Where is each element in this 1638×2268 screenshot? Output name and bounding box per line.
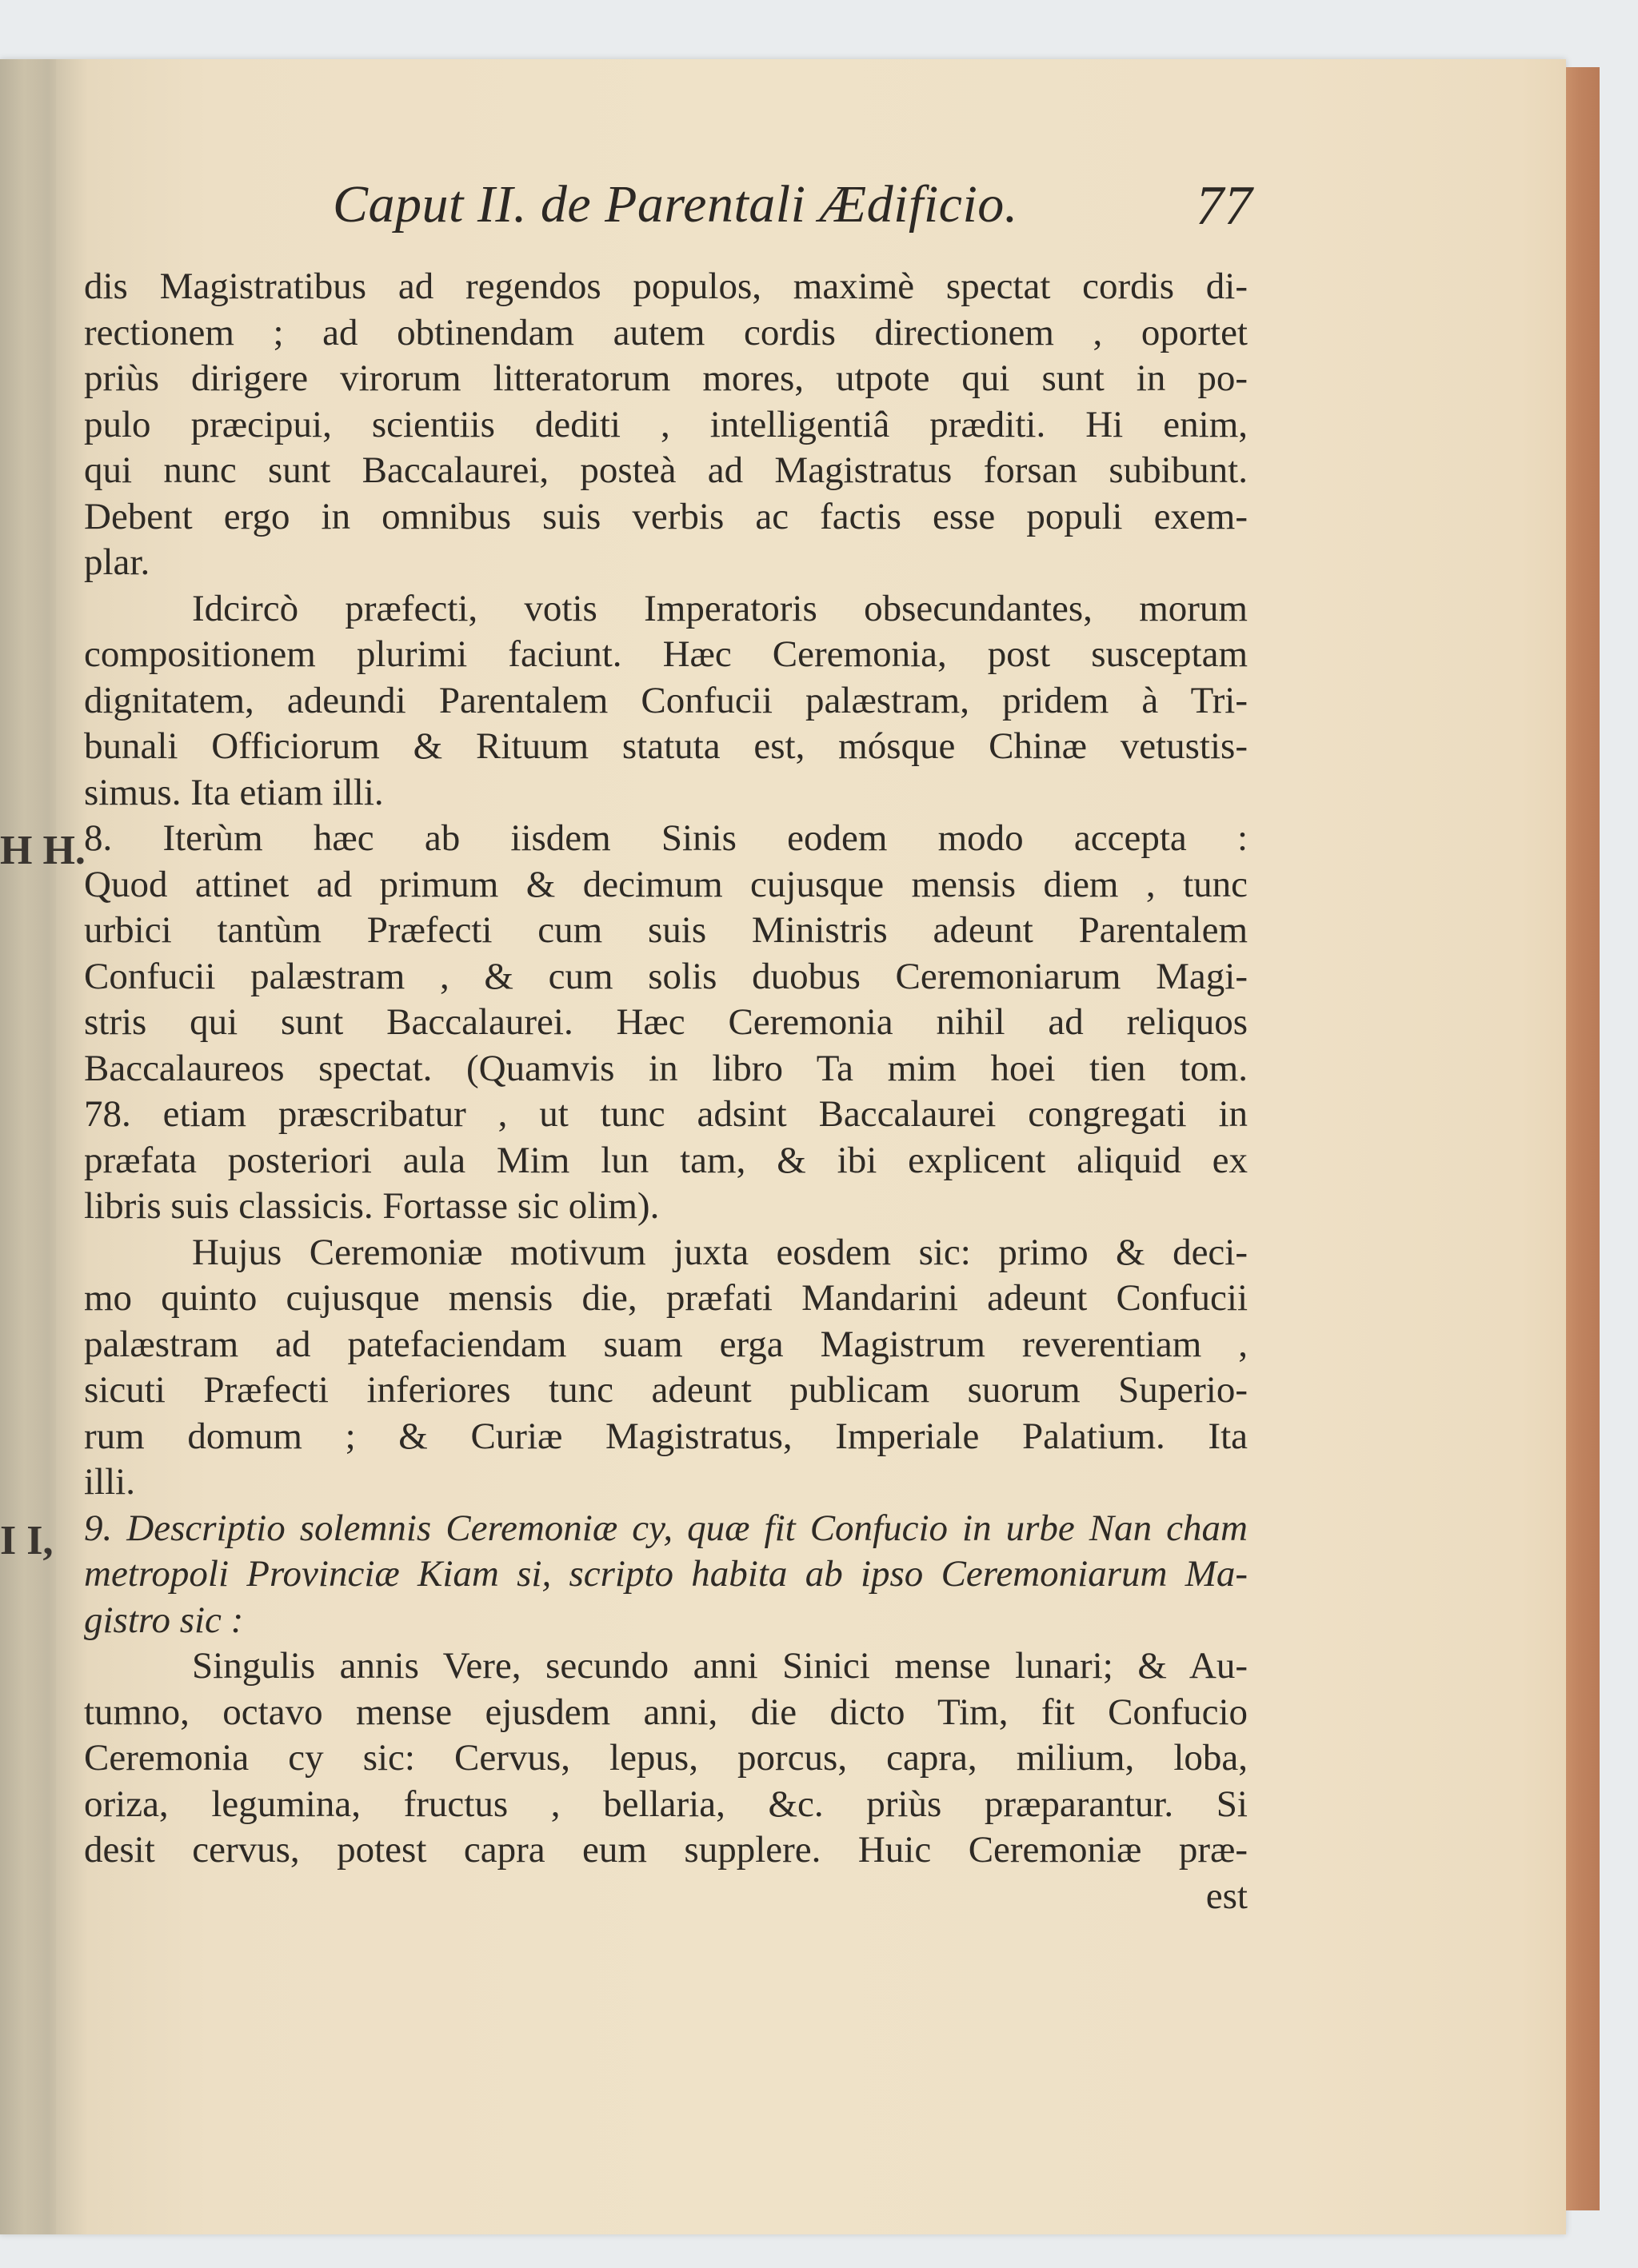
- text-line: Hujus Ceremoniæ motivum juxta eosdem sic…: [84, 1230, 1248, 1276]
- text-line: Ceremonia cy sic: Cervus, lepus, porcus,…: [84, 1735, 1248, 1782]
- text-line: simus. Ita etiam illi.: [84, 770, 1248, 817]
- text-line: urbici tantùm Præfecti cum suis Ministri…: [84, 908, 1248, 954]
- text-line: 78. etiam præscribatur , ut tunc adsint …: [84, 1092, 1248, 1138]
- running-header: Caput II. de Parentali Ædificio. 77: [333, 174, 1252, 235]
- text-line: Idcircò præfecti, votis Imperatoris obse…: [84, 586, 1248, 633]
- margin-mark-i: I I,: [0, 1517, 53, 1564]
- text-line: dis Magistratibus ad regendos populos, m…: [84, 264, 1248, 310]
- text-line: qui nunc sunt Baccalaurei, posteà ad Mag…: [84, 448, 1248, 494]
- text-line: stris qui sunt Baccalaurei. Hæc Ceremoni…: [84, 1000, 1248, 1046]
- text-line: Baccalaureos spectat. (Quamvis in libro …: [84, 1046, 1248, 1092]
- text-line: sicuti Præfecti inferiores tunc adeunt p…: [84, 1368, 1248, 1414]
- text-line: tumno, octavo mense ejusdem anni, die di…: [84, 1690, 1248, 1736]
- text-line: præfata posteriori aula Mim lun tam, & i…: [84, 1138, 1248, 1184]
- text-line: Singulis annis Vere, secundo anni Sinici…: [84, 1643, 1248, 1690]
- gutter-shadow: [0, 59, 56, 2234]
- running-title: Caput II. de Parentali Ædificio.: [333, 175, 1018, 234]
- text-line: bunali Officiorum & Rituum statuta est, …: [84, 724, 1248, 770]
- text-line: illi.: [84, 1459, 1248, 1506]
- text-line: mo quinto cujusque mensis die, præfati M…: [84, 1276, 1248, 1322]
- section-9-heading: metropoli Provinciæ Kiam si, scripto hab…: [84, 1551, 1248, 1598]
- margin-mark-h: H H.: [0, 827, 86, 874]
- text-line: Debent ergo in omnibus suis verbis ac fa…: [84, 494, 1248, 541]
- text-line: Confucii palæstram , & cum solis duobus …: [84, 954, 1248, 1000]
- page-fore-edge: [1566, 67, 1600, 2210]
- section-9-heading: 9. Descriptio solemnis Ceremoniæ cy, quæ…: [84, 1506, 1248, 1552]
- page-number: 77: [1196, 174, 1252, 238]
- text-line: dignitatem, adeundi Parentalem Confucii …: [84, 678, 1248, 725]
- catchword: est: [84, 1874, 1248, 1920]
- section-8-start: 8. Iterùm hæc ab iisdem Sinis eodem modo…: [84, 816, 1248, 862]
- text-line: palæstram ad patefaciendam suam erga Mag…: [84, 1322, 1248, 1368]
- text-line: pulo præcipui, scientiis dediti , intell…: [84, 402, 1248, 449]
- text-line: rum domum ; & Curiæ Magistratus, Imperia…: [84, 1414, 1248, 1460]
- text-line: oriza, legumina, fructus , bellaria, &c.…: [84, 1782, 1248, 1828]
- text-line: rectionem ; ad obtinendam autem cordis d…: [84, 310, 1248, 357]
- text-line: priùs dirigere virorum litteratorum more…: [84, 356, 1248, 402]
- text-line: libris suis classicis. Fortasse sic olim…: [84, 1184, 1248, 1230]
- body-text: dis Magistratibus ad regendos populos, m…: [84, 264, 1248, 1919]
- text-line: desit cervus, potest capra eum supplere.…: [84, 1827, 1248, 1874]
- section-9-heading: gistro sic :: [84, 1598, 1248, 1644]
- text-line: compositionem plurimi faciunt. Hæc Cerem…: [84, 632, 1248, 678]
- text-line: Quod attinet ad primum & decimum cujusqu…: [84, 862, 1248, 908]
- text-line: plar.: [84, 540, 1248, 586]
